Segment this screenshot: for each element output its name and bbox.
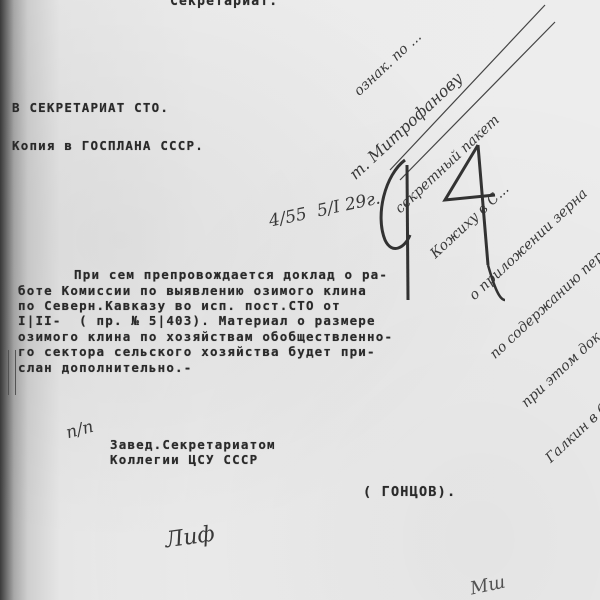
handwritten-strokes [0,0,600,600]
archival-document-page: Секретариат. В СЕКРЕТАРИАТ СТО. Копия в … [0,0,600,600]
